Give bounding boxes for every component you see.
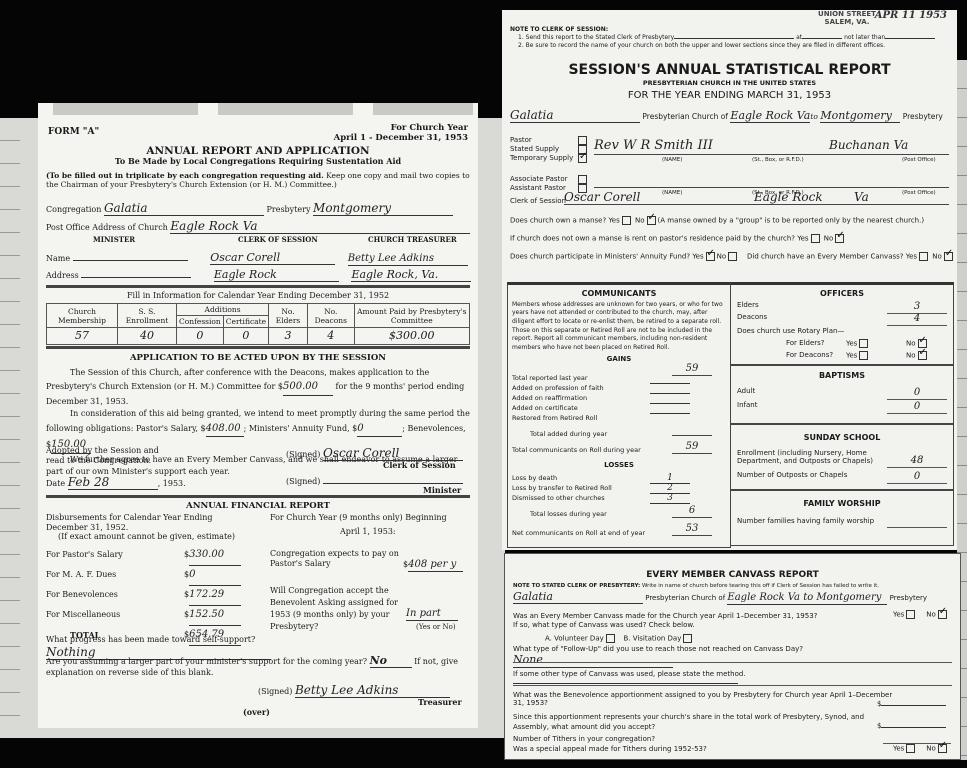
communicants-panel: COMMUNICANTS Members whose addresses are… xyxy=(507,282,731,548)
annuity-question: Does church participate in Ministers' An… xyxy=(510,252,739,261)
cell-elders[interactable]: 3 xyxy=(269,328,308,345)
officer-address-row: Address Eagle Rock Eagle Rock, Va. xyxy=(46,268,471,282)
adult-baptisms-value[interactable]: 0 xyxy=(887,387,947,400)
sunday-school-title: SUNDAY SCHOOL xyxy=(731,433,953,443)
annuity-no-checkbox[interactable] xyxy=(728,252,737,261)
manse-question: Does church own a manse? Yes No(A manse … xyxy=(510,216,924,225)
appeal-no[interactable] xyxy=(938,744,947,753)
rotary-deacons-yes[interactable] xyxy=(859,351,868,360)
clerk-post-office[interactable]: Va xyxy=(854,190,869,204)
clerk-line: Oscar Corell Eagle Rock Va xyxy=(564,190,949,205)
church-year-range: April 1 - December 31, 1953 xyxy=(334,133,468,143)
pastor-salary-disbursement[interactable]: 330.00 xyxy=(189,545,241,566)
cell-deacons[interactable]: 4 xyxy=(307,328,354,345)
associate-pastor-checkbox[interactable] xyxy=(578,175,587,184)
annuity-fund-obligation[interactable]: 0 xyxy=(357,421,402,438)
expects-value[interactable]: 408 per y xyxy=(408,559,463,572)
treasurer-role-label: Treasurer xyxy=(418,698,462,708)
church-year-section: For Church Year (9 months only) Beginnin… xyxy=(270,513,470,536)
gain-row: Added on reaffirmation xyxy=(512,393,652,403)
calendar-heading: Fill in Information for Calendar Year En… xyxy=(38,291,478,301)
minister-address[interactable] xyxy=(81,277,191,278)
yes-no-hint: (Yes or No) xyxy=(416,623,456,631)
rotary-label: Does church use Rotary Plan— xyxy=(737,327,844,335)
larger-part-value[interactable]: No xyxy=(370,654,412,668)
followup-extra-line xyxy=(513,662,952,663)
expects-label: Congregation expects to pay on Pastor's … xyxy=(270,549,400,568)
church-year-label: For Church Year xyxy=(334,123,468,133)
minister-header: MINISTER xyxy=(93,236,135,244)
officer-names-row: Name Oscar Corell Betty Lee Adkins xyxy=(46,251,468,266)
date-field: Date Feb 28, 1953. xyxy=(46,475,186,490)
cell-certificate[interactable]: 0 xyxy=(223,328,268,345)
report-title: SESSION'S ANNUAL STATISTICAL REPORT xyxy=(502,62,957,79)
accept-field: In part xyxy=(406,608,458,621)
gain-row: Added on certificate xyxy=(512,403,652,413)
pastor-checkbox[interactable] xyxy=(578,136,587,145)
over-label: (over) xyxy=(243,708,270,718)
sessions-statistical-report: UNION STREET SALEM, VA. APR 11 1953 NOTE… xyxy=(502,10,957,550)
canvass-made-yes[interactable] xyxy=(906,610,915,619)
volunteer-day-checkbox[interactable] xyxy=(606,634,615,643)
losses-list: Loss by death1 Loss by transfer to Retir… xyxy=(512,473,652,503)
accept-label: Will Congregation accept the Benevolent … xyxy=(270,585,405,633)
church-name-line: Galatia Presbyterian Church of Eagle Roc… xyxy=(510,108,949,123)
clerk-name[interactable]: Oscar Corell xyxy=(210,251,335,265)
clerk-header: CLERK OF SESSION xyxy=(238,236,318,244)
apportion-field: $ xyxy=(877,700,946,708)
form-subtitle: To Be Made by Local Congregations Requir… xyxy=(38,157,478,167)
minister-signature[interactable] xyxy=(323,473,463,484)
presbytery-value[interactable]: Montgomery xyxy=(313,201,453,216)
apportion-question: What was the Benevolence apportionment a… xyxy=(513,691,893,708)
minister-name[interactable] xyxy=(73,260,188,261)
canvass-question: Did church have an Every Member Canvass?… xyxy=(747,252,955,261)
pastor-post-office[interactable]: Buchanan Va xyxy=(829,138,908,152)
canvass-no-checkbox[interactable] xyxy=(944,252,953,261)
financial-heading: ANNUAL FINANCIAL REPORT xyxy=(38,501,478,511)
share-value[interactable] xyxy=(881,727,946,728)
visitation-day-checkbox[interactable] xyxy=(683,634,692,643)
sunday-school-panel: SUNDAY SCHOOL Enrollment (including Nurs… xyxy=(730,424,954,490)
po-hint: (Post Office) xyxy=(902,157,936,164)
gain-row: Total reported last year xyxy=(512,373,652,383)
header-ss-enrollment: S. S. Enrollment xyxy=(117,304,176,328)
disbursement-list: For Pastor's Salary$330.00 For M. A. F. … xyxy=(46,545,246,646)
disbursement-row: For Pastor's Salary$330.00 xyxy=(46,545,246,565)
canvass-made-answer: Yes No xyxy=(893,610,949,619)
note-heading: NOTE TO CLERK OF SESSION: xyxy=(510,26,608,33)
rotary-elders-yes[interactable] xyxy=(859,339,868,348)
canvass-note: NOTE TO STATED CLERK OF PRESBYTERY: Writ… xyxy=(513,583,879,590)
cell-membership[interactable]: 57 xyxy=(47,328,118,345)
divider xyxy=(46,285,470,288)
report-subtitle: PRESBYTERIAN CHURCH IN THE UNITED STATES xyxy=(502,80,957,88)
clerk-role-label: Clerk of Session xyxy=(383,461,456,471)
form-a-annual-report: FORM "A" For Church Year April 1 - Decem… xyxy=(38,103,478,728)
rotary-deacons-row: For Deacons?YesNo xyxy=(786,351,833,359)
disbursement-row: For Benevolences$172.29 xyxy=(46,585,246,605)
baptisms-title: BAPTISMS xyxy=(731,371,953,381)
deacons-value[interactable]: 4 xyxy=(887,313,947,326)
congregation-field: Congregation Galatia Presbytery Montgome… xyxy=(46,201,453,216)
clerk-label: Clerk of Session xyxy=(510,197,566,205)
clerk-address[interactable]: Eagle Rock xyxy=(754,190,823,204)
gain-row: Restored from Retired Roll xyxy=(512,413,652,423)
street-hint: (St., Box, or R.F.D.) xyxy=(752,157,804,164)
family-worship-title: FAMILY WORSHIP xyxy=(731,499,953,509)
congregation-value[interactable]: Galatia xyxy=(104,201,264,216)
note-2: 2. Be sure to record the name of your ch… xyxy=(518,42,885,49)
manse-yes-checkbox[interactable] xyxy=(622,216,631,225)
share-question: Since this apportionment represents your… xyxy=(513,712,893,732)
rent-no-checkbox[interactable] xyxy=(835,234,844,243)
every-member-canvass-report: EVERY MEMBER CANVASS REPORT NOTE TO STAT… xyxy=(504,553,961,760)
divider xyxy=(46,495,470,498)
expects-field: $408 per y xyxy=(403,559,463,572)
loss-row: Loss by death1 xyxy=(512,473,652,483)
pastor-salary-obligation[interactable]: 408.00 xyxy=(206,421,244,438)
po-address-value[interactable]: Eagle Rock Va xyxy=(170,219,470,234)
total-added-label: Total added during year xyxy=(530,431,607,439)
annuity-yes-checkbox[interactable] xyxy=(706,252,715,261)
rent-yes-checkbox[interactable] xyxy=(811,234,820,243)
tithers-question: Number of Tithers in your congregation? xyxy=(513,735,655,743)
pastor-name[interactable]: Rev W R Smith III xyxy=(594,138,713,154)
loss-row: Dismissed to other churches3 xyxy=(512,493,652,503)
rotary-deacons-no[interactable] xyxy=(918,351,927,360)
disbursement-row: For M. A. F. Dues$0 xyxy=(46,565,246,585)
total-added-value[interactable] xyxy=(672,435,712,436)
treasurer-name[interactable]: Betty Lee Adkins xyxy=(348,253,468,266)
other-method-extra-line xyxy=(513,685,952,686)
assoc-pastor-line[interactable] xyxy=(594,175,949,188)
header-amount-paid: Amount Paid by Presbytery's Committee xyxy=(354,304,469,328)
total-losses-label: Total losses during year xyxy=(530,511,607,519)
membership-table: Church Membership S. S. Enrollment Addit… xyxy=(46,303,470,345)
treasurer-header: CHURCH TREASURER xyxy=(368,236,457,244)
clerk-name[interactable]: Oscar Corell xyxy=(564,190,640,204)
received-date-stamp: APR 11 1953 xyxy=(875,10,947,22)
officers-panel: OFFICERS Elders3 Deacons4 Does church us… xyxy=(730,282,954,366)
enrollment-value[interactable]: 48 xyxy=(887,455,947,468)
canvass-church-name[interactable]: Galatia xyxy=(513,590,643,604)
loss-row: Loss by transfer to Retired Roll2 xyxy=(512,483,652,493)
appeal-yes[interactable] xyxy=(906,744,915,753)
header-membership: Church Membership xyxy=(47,304,118,328)
gain-row: Added on profession of faith xyxy=(512,383,652,393)
enrollment-label: Enrollment (including Nursery, Home Depa… xyxy=(737,449,877,466)
adopted-text: Adopted by the Session and read to the C… xyxy=(46,446,166,465)
share-field: $ xyxy=(877,722,946,730)
church-name[interactable]: Galatia xyxy=(510,108,640,123)
treasurer-address[interactable]: Eagle Rock, Va. xyxy=(351,268,471,282)
total-losses-value[interactable]: 6 xyxy=(672,505,712,518)
infant-baptisms-value[interactable]: 0 xyxy=(887,401,947,414)
clerk-address[interactable]: Eagle Rock xyxy=(214,268,339,282)
cell-amount-paid[interactable]: $300.00 xyxy=(354,328,469,345)
church-presbytery[interactable]: Montgomery xyxy=(820,109,900,123)
divider xyxy=(46,346,470,349)
header-elders: No. Elders xyxy=(269,304,308,328)
gains-list: Total reported last year Added on profes… xyxy=(512,373,652,423)
baptisms-panel: BAPTISMS Adult0 Infant0 xyxy=(730,364,954,424)
temporary-supply-checkbox[interactable] xyxy=(578,154,587,163)
miscellaneous-disbursement[interactable]: 152.50 xyxy=(189,605,241,626)
gains-title: GAINS xyxy=(508,355,730,363)
total-roll-label: Total communicants on Roll during year xyxy=(512,447,641,455)
appeal-answer: Yes No xyxy=(893,744,949,753)
rotary-elders-row: For Elders?YesNo xyxy=(786,339,825,347)
church-post-office[interactable]: Eagle Rock Va xyxy=(730,109,810,123)
benevolences-disbursement[interactable]: 172.29 xyxy=(189,585,241,606)
apportion-value[interactable] xyxy=(881,705,946,706)
pastor-line: Rev W R Smith III Buchanan Va xyxy=(594,138,949,155)
net-communicants-label: Net communicants on Roll at end of year xyxy=(512,530,645,538)
note-1: 1. Send this report to the Stated Clerk … xyxy=(518,34,935,41)
canvass-made-no[interactable] xyxy=(938,610,947,619)
header-additions: Additions xyxy=(177,304,269,316)
appeal-question: Was a special appeal made for Tithers du… xyxy=(513,745,707,753)
family-worship-panel: FAMILY WORSHIP Number families having fa… xyxy=(730,490,954,546)
followup-value[interactable]: None xyxy=(513,653,673,667)
canvass-yes-checkbox[interactable] xyxy=(919,252,928,261)
canvass-church-line: Galatia Presbyterian Church of Eagle Roc… xyxy=(513,590,952,605)
larger-part-field: Are you assuming a larger part of your m… xyxy=(46,654,470,678)
family-worship-value[interactable] xyxy=(887,517,947,528)
report-year-line: FOR THE YEAR ENDING MARCH 31, 1953 xyxy=(502,90,957,102)
header-deacons: No. Deacons xyxy=(307,304,354,328)
form-label: FORM "A" xyxy=(48,127,99,138)
disbursement-heading: Disbursements for Calendar Year Ending D… xyxy=(46,513,236,542)
cell-ss-enrollment[interactable]: 40 xyxy=(117,328,176,345)
header-confession: Confession xyxy=(177,316,224,328)
communicants-note: Members whose addresses are unknown for … xyxy=(508,299,730,355)
church-year-block: For Church Year April 1 - December 31, 1… xyxy=(334,123,468,143)
canvass-title: EVERY MEMBER CANVASS REPORT xyxy=(505,570,960,581)
accept-value[interactable]: In part xyxy=(406,608,458,621)
communicants-title: COMMUNICANTS xyxy=(508,289,730,299)
canvass-church-po[interactable]: Eagle Rock Va to Montgomery xyxy=(727,592,887,605)
date-value[interactable]: Feb 28 xyxy=(68,475,158,490)
total-roll-value[interactable]: 59 xyxy=(672,441,712,454)
total-last-year-value[interactable]: 59 xyxy=(672,363,712,376)
pastor-type-checkboxes: Pastor Stated Supply Temporary Supply xyxy=(510,136,590,163)
manse-no-checkbox[interactable] xyxy=(647,216,656,225)
application-heading: APPLICATION TO BE ACTED UPON BY THE SESS… xyxy=(38,353,478,363)
header-certificate: Certificate xyxy=(223,316,268,328)
losses-title: LOSSES xyxy=(508,461,730,469)
maf-dues-disbursement[interactable]: 0 xyxy=(189,565,241,586)
name-hint: (NAME) xyxy=(662,157,682,164)
form-instructions: (To be filled out in triplicate by each … xyxy=(46,171,470,189)
cell-confession[interactable]: 0 xyxy=(177,328,224,345)
canvass-type-question: If so, what type of Canvass was used? Ch… xyxy=(513,621,695,629)
application-amount[interactable]: 500.00 xyxy=(283,379,333,396)
po-address-field: Post Office Address of Church Eagle Rock… xyxy=(46,219,470,234)
canvass-made-question: Was an Every Member Canvass made for the… xyxy=(513,612,817,620)
net-communicants-value[interactable]: 53 xyxy=(672,523,712,536)
disbursement-row: For Miscellaneous$152.50 xyxy=(46,605,246,625)
canvass-type-options: A. Volunteer Day B. Visitation Day xyxy=(545,634,694,643)
rent-question: If church does not own a manse is rent o… xyxy=(510,234,846,243)
outposts-value[interactable]: 0 xyxy=(887,471,947,484)
officers-title: OFFICERS xyxy=(731,289,953,299)
followup-field: What type of "Follow-Up" did you use to … xyxy=(513,645,952,668)
